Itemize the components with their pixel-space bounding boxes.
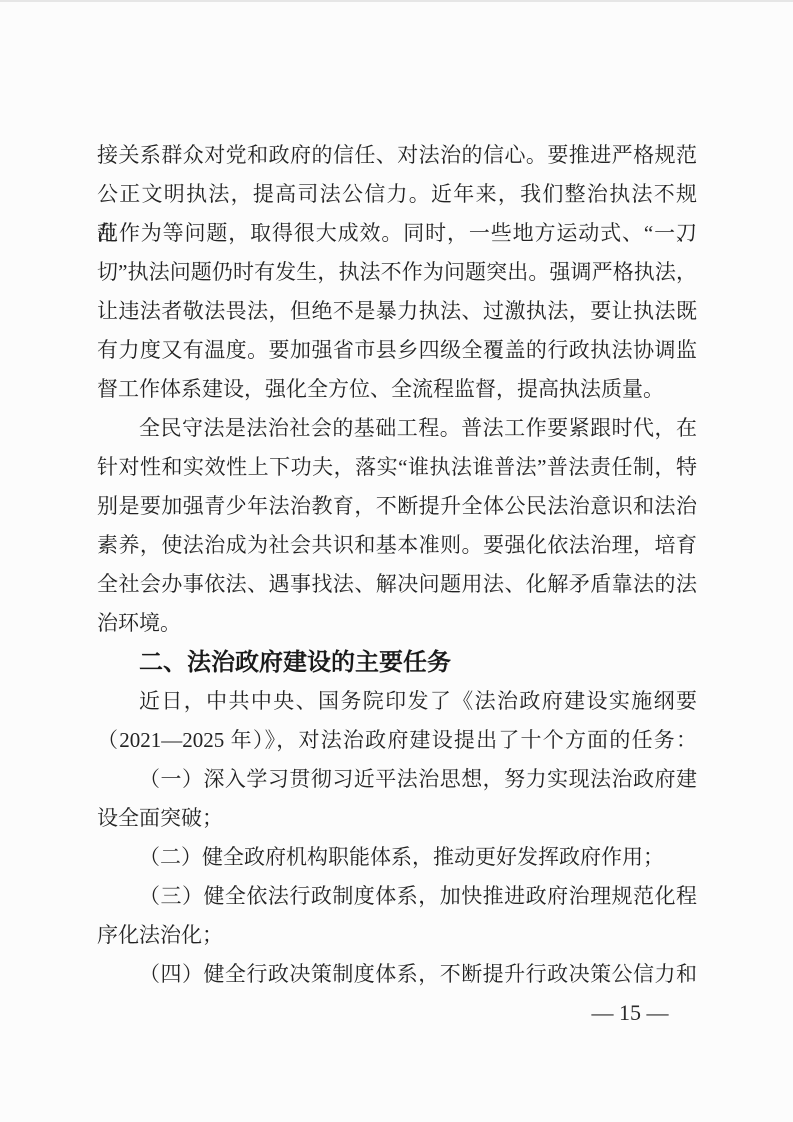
body-line: （四）健全行政决策制度体系，不断提升行政决策公信力和 [97,955,697,994]
body-line: 乱作为等问题，取得很大成效。同时，一些地方运动式、“一刀 [97,214,697,253]
page-number: — 15 — [560,1000,700,1026]
body-line: 切”执法问题仍时有发生，执法不作为问题突出。强调严格执法， [97,253,697,292]
body-line: 公正文明执法，提高司法公信力。近年来，我们整治执法不规范、 [97,175,697,214]
body-line: 接关系群众对党和政府的信任、对法治的信心。要推进严格规范 [97,136,697,175]
body-line: 全社会办事依法、遇事找法、解决问题用法、化解矛盾靠法的法 [97,565,697,604]
body-line: 素养，使法治成为社会共识和基本准则。要强化依法治理，培育 [97,526,697,565]
body-line: 治环境。 [97,604,697,643]
body-line: （二）健全政府机构职能体系，推动更好发挥政府作用； [97,838,697,877]
body-line: （三）健全依法行政制度体系，加快推进政府治理规范化程 [97,877,697,916]
body-line: 设全面突破； [97,799,697,838]
body-line: 针对性和实效性上下功夫，落实“谁执法谁普法”普法责任制，特 [97,448,697,487]
body-line: （2021—2025 年）》，对法治政府建设提出了十个方面的任务： [97,721,697,760]
body-line: 序化法治化； [97,916,697,955]
body-line: （一）深入学习贯彻习近平法治思想，努力实现法治政府建 [97,760,697,799]
body-line: 近日，中共中央、国务院印发了《法治政府建设实施纲要 [97,682,697,721]
body-line: 让违法者敬法畏法，但绝不是暴力执法、过激执法，要让执法既 [97,292,697,331]
page-top-edge [0,0,793,2]
section-heading: 二、法治政府建设的主要任务 [97,643,697,682]
body-line: 有力度又有温度。要加强省市县乡四级全覆盖的行政执法协调监 [97,331,697,370]
document-page: { "page": { "background_color": "#fcfcfc… [0,0,793,1122]
document-body: 接关系群众对党和政府的信任、对法治的信心。要推进严格规范 公正文明执法，提高司法… [97,136,697,994]
body-line: 别是要加强青少年法治教育，不断提升全体公民法治意识和法治 [97,487,697,526]
body-line: 督工作体系建设，强化全方位、全流程监督，提高执法质量。 [97,370,697,409]
body-line: 全民守法是法治社会的基础工程。普法工作要紧跟时代，在 [97,409,697,448]
